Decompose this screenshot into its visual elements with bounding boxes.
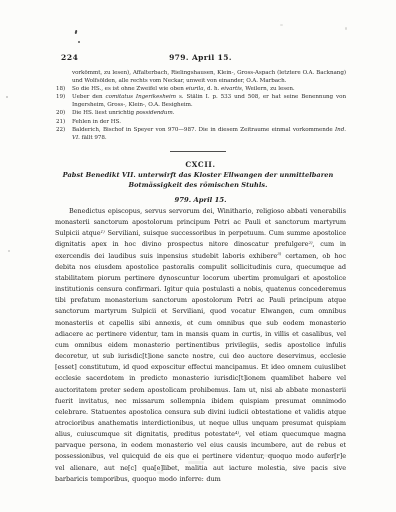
footnote-number: 21) xyxy=(56,118,65,126)
footnote-text: Balderich, Bischof in Speyer von 970—987… xyxy=(72,127,346,141)
section-divider-rule xyxy=(170,151,226,152)
footnote-number: 19) xyxy=(56,93,65,101)
ink-mark xyxy=(75,30,78,34)
footnote-continuation: vorkömmt, zu lesen), Affalterbach, Rieli… xyxy=(55,69,346,85)
footnote-text: Die HS. liest unrichtig possidendum. xyxy=(72,110,174,116)
footnote-18: 18) So die HS., es ist ohne Zweifel wie … xyxy=(55,85,346,93)
footnote-number: 20) xyxy=(56,109,65,117)
footnote-text: Ueber den comitatus Ingerikesheim s. Stä… xyxy=(72,94,346,108)
footnote-21: 21) Fehlen in der HS. xyxy=(55,118,346,126)
footnote-text: vorkömmt, zu lesen), Affalterbach, Rieli… xyxy=(72,70,346,84)
footnote-text: Fehlen in der HS. xyxy=(72,119,121,125)
running-head: 979. April 15. xyxy=(55,53,346,62)
scan-speck xyxy=(8,250,10,252)
scan-speck xyxy=(6,96,8,98)
footnote-number: 18) xyxy=(56,85,65,93)
charter-number: CXCII. xyxy=(55,160,346,169)
footnote-block: vorkömmt, zu lesen), Affalterbach, Rieli… xyxy=(55,69,346,142)
charter-title: Pabst Benedikt VII. unterwirft das Klost… xyxy=(46,171,350,191)
charter-body-text: Benedictus episcopus, servus servorum de… xyxy=(55,206,346,485)
ink-dot xyxy=(78,41,80,43)
scan-speck xyxy=(280,24,283,26)
scanned-book-page: 224 979. April 15. vorkömmt, zu lesen), … xyxy=(0,0,396,512)
footnote-text: So die HS., es ist ohne Zweifel wie oben… xyxy=(72,86,295,92)
scan-speck xyxy=(345,27,347,30)
footnote-22: 22) Balderich, Bischof in Speyer von 970… xyxy=(55,126,346,142)
footnote-19: 19) Ueber den comitatus Ingerikesheim s.… xyxy=(55,93,346,109)
footnote-number: 22) xyxy=(56,126,65,134)
charter-date: 979. April 15. xyxy=(55,196,346,204)
page-header: 224 979. April 15. xyxy=(55,53,346,63)
footnote-20: 20) Die HS. liest unrichtig possidendum. xyxy=(55,109,346,117)
